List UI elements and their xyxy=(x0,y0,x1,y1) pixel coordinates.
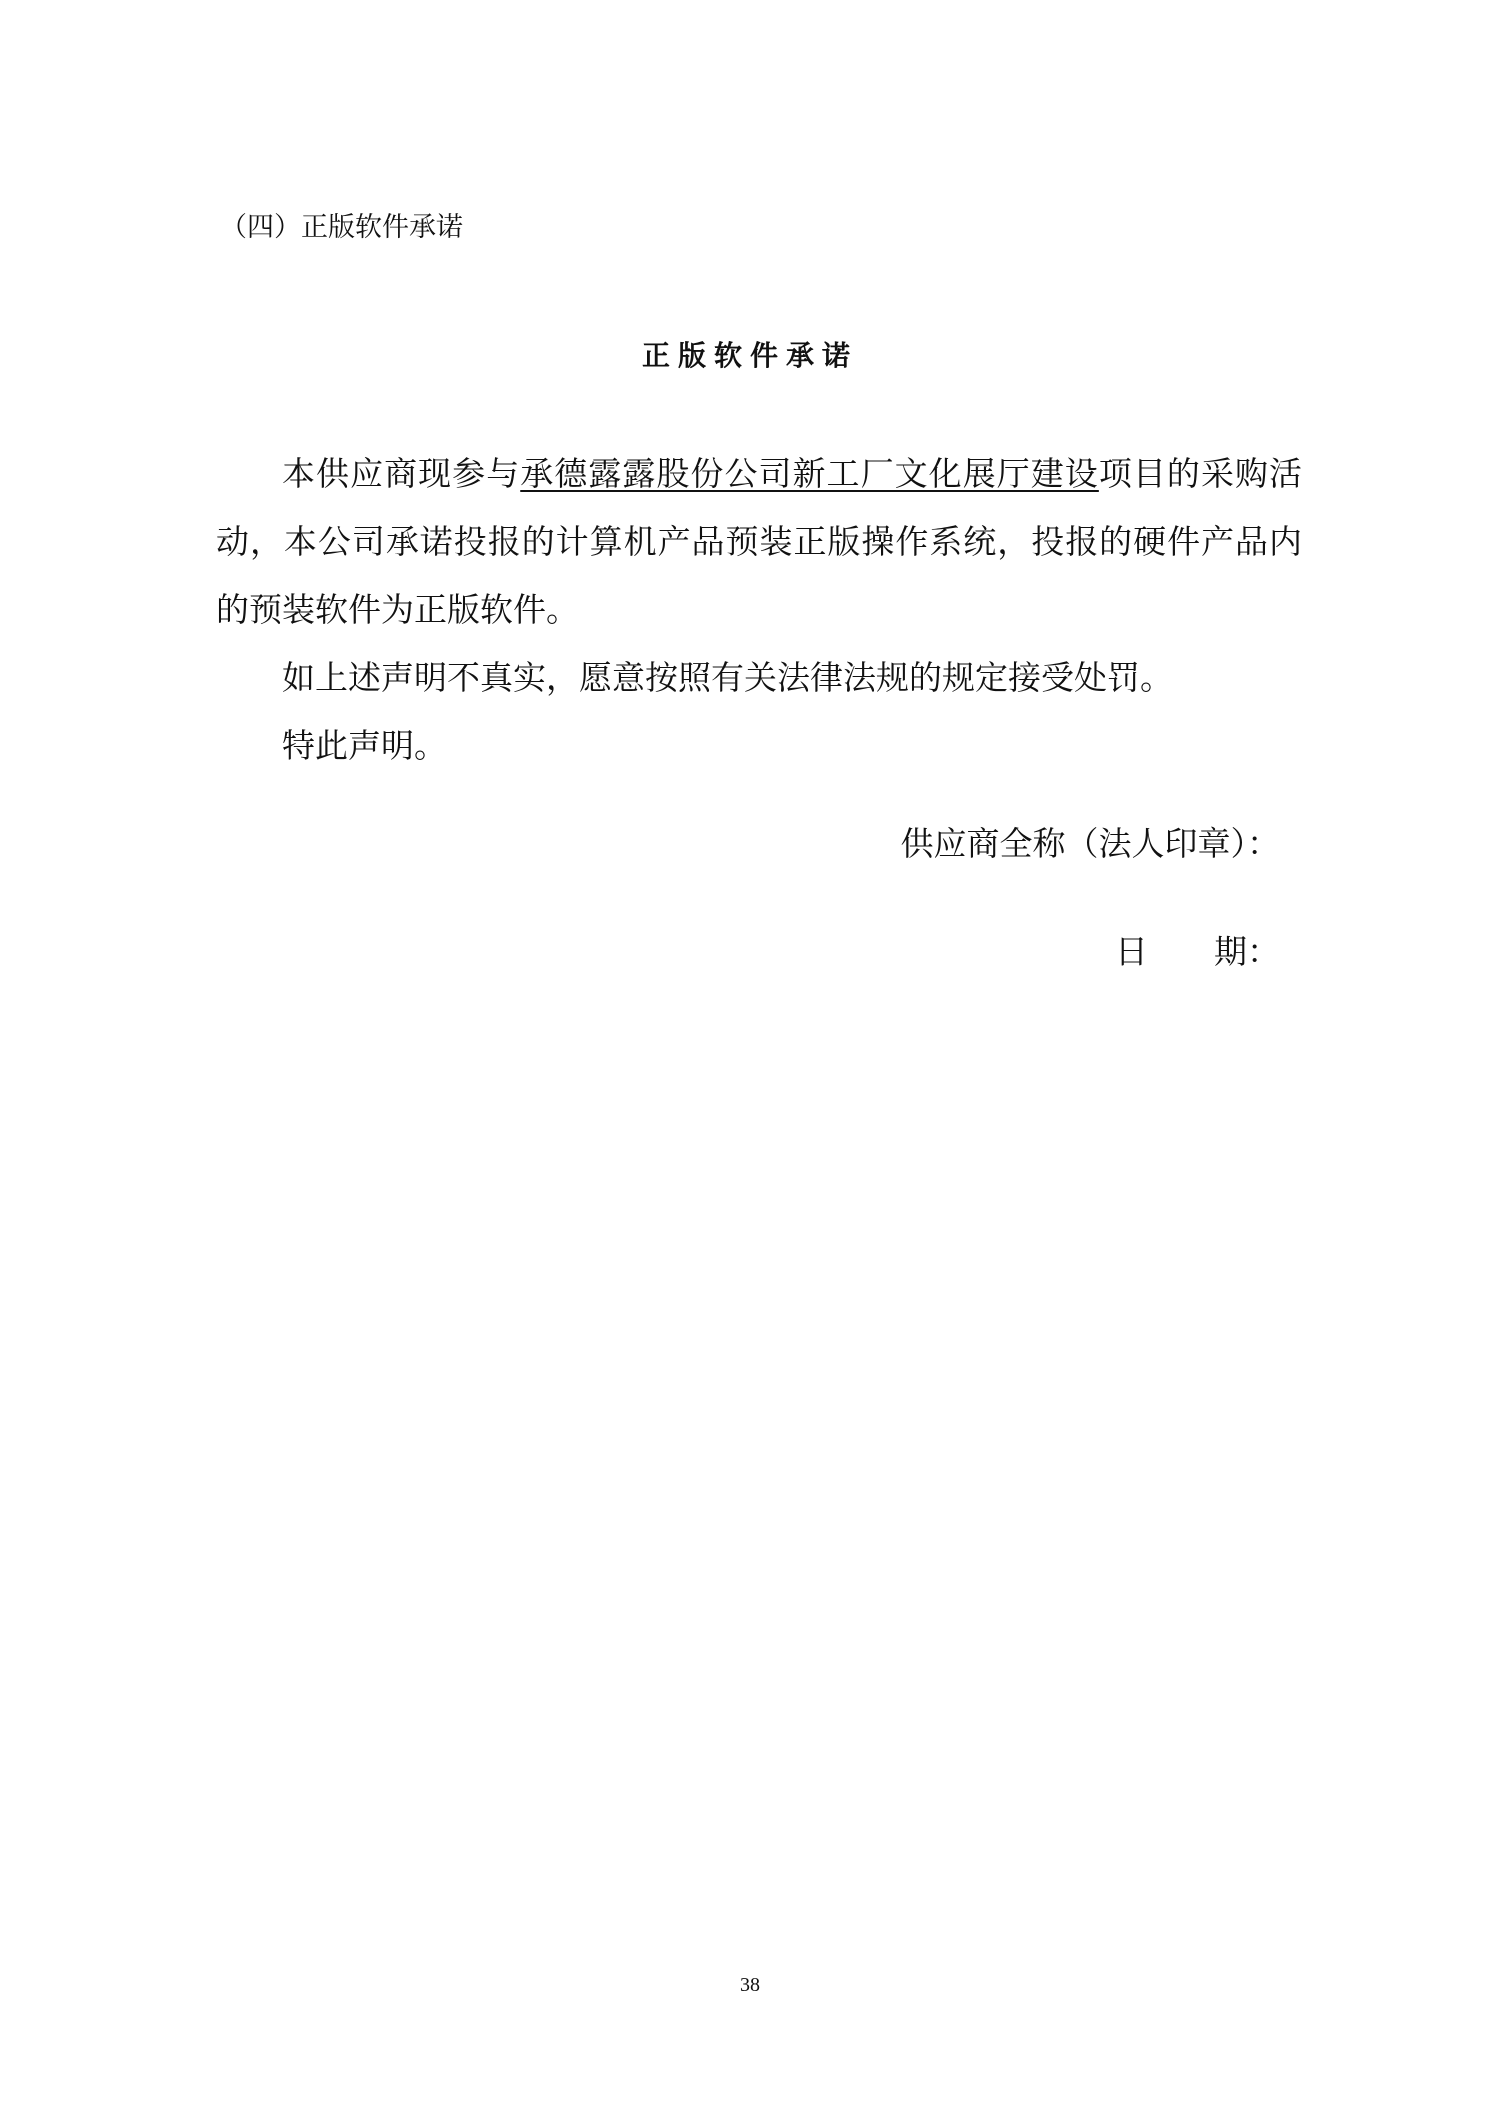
project-name: 承德露露股份公司新工厂文化展厅建设 xyxy=(520,454,1099,493)
page-number: 38 xyxy=(0,1972,1500,1998)
supplier-signature-label: 供应商全称（法人印章）： xyxy=(901,822,1281,866)
document-page: （四）正版软件承诺 正版软件承诺 本供应商现参与承德露露股份公司新工厂文化展厅建… xyxy=(0,0,1500,2121)
date-label-part2: 期： xyxy=(1214,932,1280,971)
declaration-paragraph: 特此声明。 xyxy=(216,712,1302,780)
document-title: 正版软件承诺 xyxy=(0,338,1500,374)
document-body: 本供应商现参与承德露露股份公司新工厂文化展厅建设项目的采购活动，本公司承诺投报的… xyxy=(216,440,1302,780)
date-label-part1: 日 xyxy=(1115,932,1148,971)
penalty-paragraph: 如上述声明不真实，愿意按照有关法律法规的规定接受处罚。 xyxy=(216,644,1302,712)
commitment-paragraph: 本供应商现参与承德露露股份公司新工厂文化展厅建设项目的采购活动，本公司承诺投报的… xyxy=(216,440,1302,644)
section-heading: （四）正版软件承诺 xyxy=(220,210,463,246)
paragraph-prefix: 本供应商现参与 xyxy=(282,454,520,493)
date-label: 日期： xyxy=(1115,930,1280,974)
